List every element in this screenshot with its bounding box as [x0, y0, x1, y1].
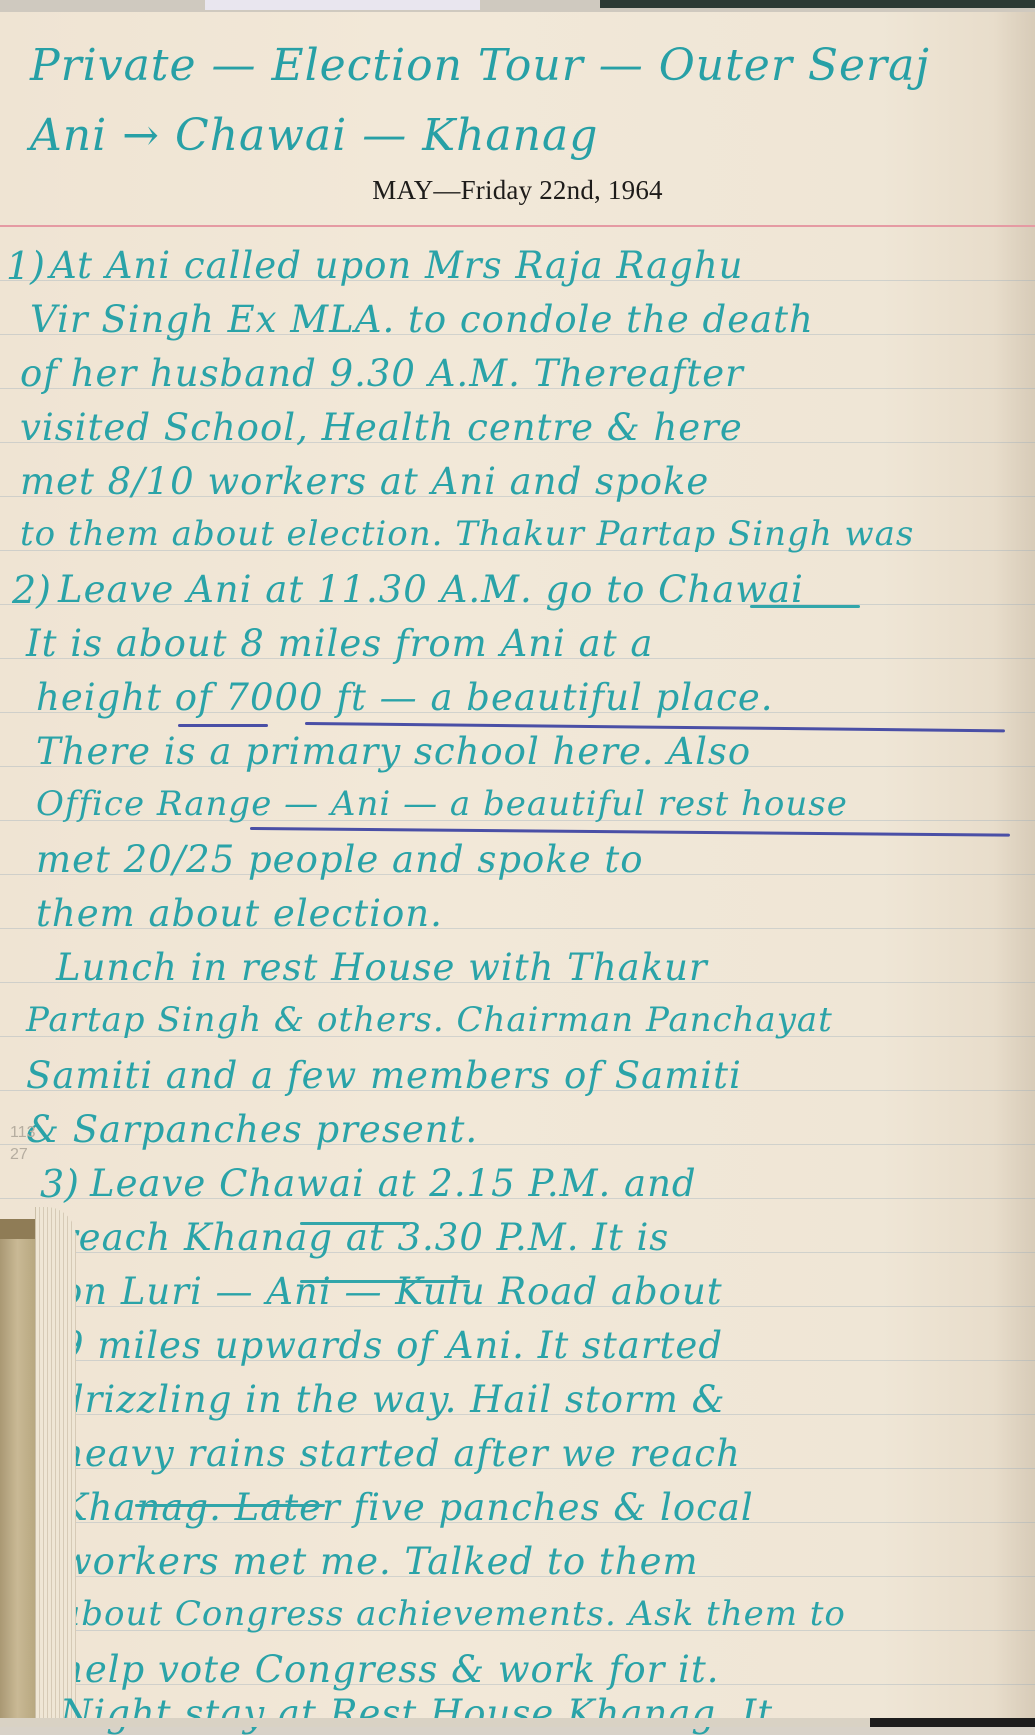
entry-2-line: There is a primary school here. Also	[36, 730, 751, 773]
entry-2-line: It is about 8 miles from Ani at a	[26, 622, 653, 665]
scan-background-fragment	[600, 0, 1035, 8]
entry-2-line: Lunch in rest House with Thakur	[56, 946, 708, 989]
entry-1-line: to them about election. Thakur Partap Si…	[20, 514, 914, 554]
margin-pencil-marks: 113 27	[10, 1122, 36, 1166]
entry-3-line: Leave Chawai at 2.15 P.M. and	[90, 1162, 697, 1205]
teal-underline	[135, 1504, 325, 1507]
entry-1-line: visited School, Health centre & here	[20, 406, 743, 449]
teal-underline	[750, 605, 860, 608]
entry-2-line: them about election.	[36, 892, 443, 935]
index-tab-cutout	[0, 1219, 35, 1727]
entry-1-line: of her husband 9.30 A.M. Thereafter	[20, 352, 744, 395]
entry-3-line: workers met me. Talked to them	[60, 1540, 699, 1583]
diary-page: Private — Election Tour — Outer Seraj An…	[0, 12, 1035, 1727]
entry-1-line: Vir Singh Ex MLA. to condole the death	[30, 298, 814, 341]
entry-3-line: on Luri — Ani — Kulu Road about	[60, 1270, 723, 1313]
entry-3-line: drizzling in the way. Hail storm &	[60, 1378, 726, 1421]
pencil-mark: 27	[10, 1144, 36, 1166]
entry-number-1: 1)	[6, 244, 45, 288]
entry-3-line: heavy rains started after we reach	[60, 1432, 741, 1475]
entry-1-line: met 8/10 workers at Ani and spoke	[20, 460, 709, 503]
entry-2-line: met 20/25 people and spoke to	[36, 838, 644, 881]
entry-2-line: Office Range — Ani — a beautiful rest ho…	[36, 784, 848, 824]
scan-background-fragment	[870, 1718, 1035, 1727]
entry-3-line: help vote Congress & work for it.	[60, 1648, 720, 1691]
teal-underline	[300, 1280, 470, 1283]
tab-edge	[0, 1219, 35, 1239]
entry-2-line: Leave Ani at 11.30 A.M. go to Chawai	[58, 568, 804, 611]
blue-underline	[178, 724, 268, 727]
entry-number-2: 2)	[12, 568, 51, 612]
entry-3-line: about Congress achievements. Ask them to	[60, 1594, 846, 1634]
heading-line-2: Ani → Chawai — Khanag	[30, 110, 598, 161]
printed-date-header: MAY—Friday 22nd, 1964	[0, 175, 1035, 206]
entry-2-line: Partap Singh & others. Chairman Panchaya…	[26, 1000, 833, 1040]
scan-background-fragment	[205, 0, 480, 10]
entry-3-line: Khanag. Later five panches & local	[60, 1486, 754, 1529]
entry-3-line: 9 miles upwards of Ani. It started	[60, 1324, 723, 1367]
blue-underline	[250, 827, 1010, 837]
entry-number-3: 3)	[40, 1162, 79, 1206]
teal-underline	[300, 1222, 410, 1225]
heading-line-1: Private — Election Tour — Outer Seraj	[30, 40, 930, 91]
entry-2-line: Samiti and a few members of Samiti	[26, 1054, 742, 1097]
entry-2-line: & Sarpanches present.	[26, 1108, 478, 1151]
entry-2-line: height of 7000 ft — a beautiful place.	[36, 676, 774, 719]
pencil-mark: 113	[10, 1122, 36, 1144]
red-margin-rule	[0, 225, 1035, 227]
page-edge-stack	[35, 1207, 76, 1727]
entry-1-line: At Ani called upon Mrs Raja Raghu	[50, 244, 744, 287]
scan-bottom-edge	[0, 1718, 1035, 1727]
